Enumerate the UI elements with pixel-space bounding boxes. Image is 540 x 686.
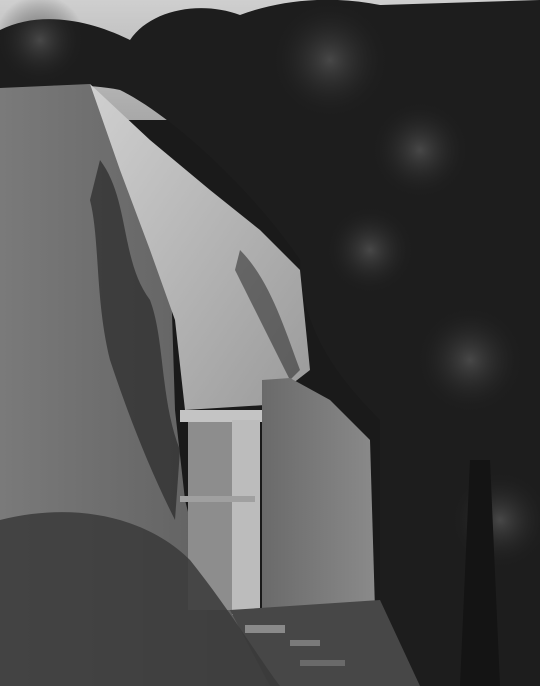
door-jamb <box>232 420 260 615</box>
photograph <box>0 0 540 686</box>
adobe-wall-back <box>262 378 375 610</box>
scene <box>0 0 540 686</box>
